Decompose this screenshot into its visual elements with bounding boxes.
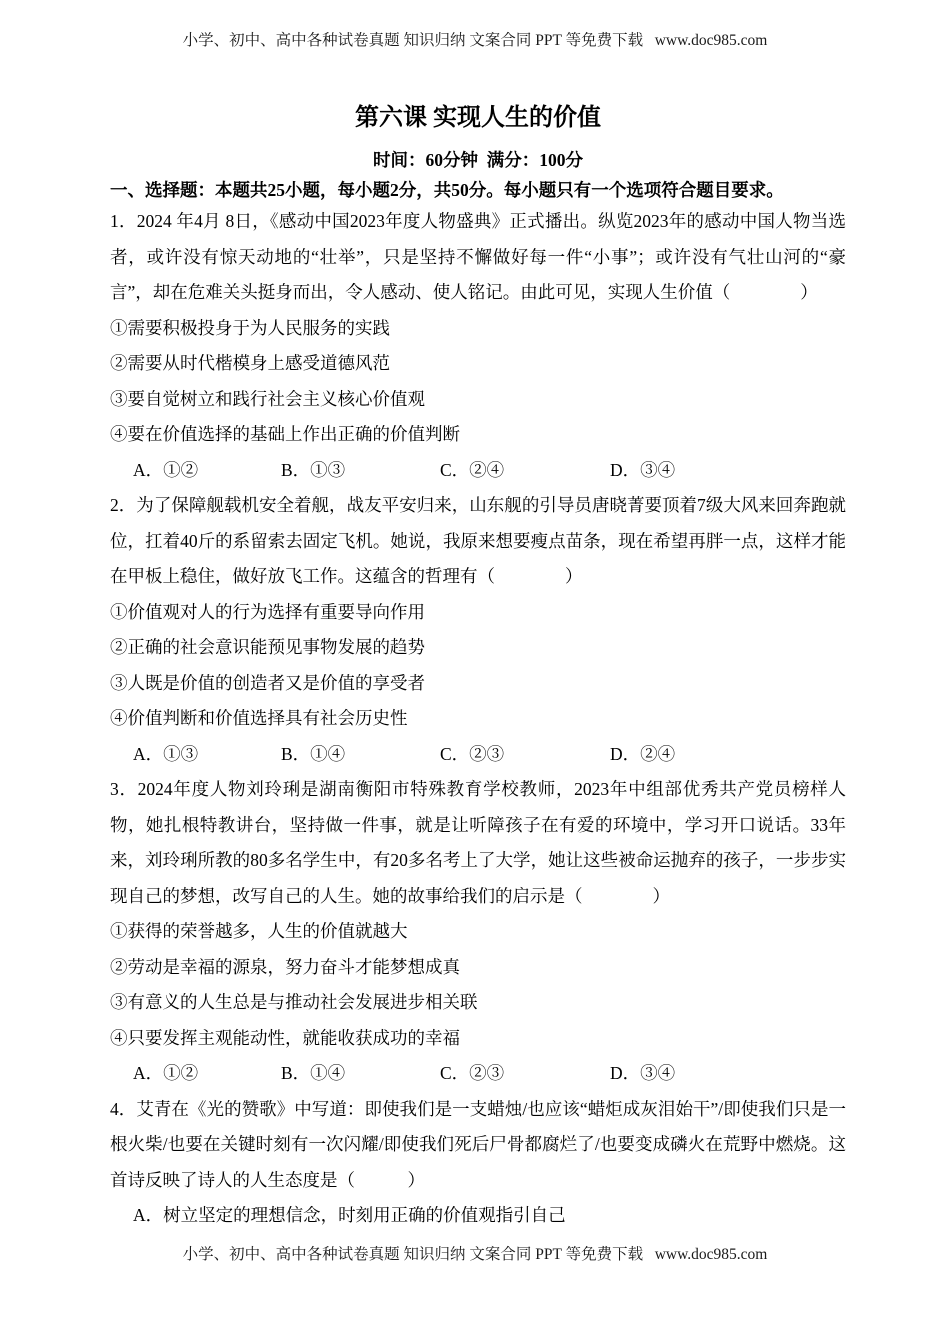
question-stem: 1．2024 年4月 8日，《感动中国2023年度人物盛典》正式播出。纵览202… [110,204,846,311]
question-item: ③要自觉树立和践行社会主义核心价值观 [110,382,846,418]
option-B: B．①④ [281,1056,440,1092]
option-A: A．①② [133,1056,281,1092]
document-content: 第六课 实现人生的价值 时间：60分钟 满分：100分 一、选择题：本题共25小… [110,101,846,1234]
question-item: ④价值判断和价值选择具有社会历史性 [110,701,846,737]
question-stem: 2．为了保障舰载机安全着舰，战友平安归来，山东舰的引导员唐晓菁要顶着7级大风来回… [110,488,846,595]
question-1: 1．2024 年4月 8日，《感动中国2023年度人物盛典》正式播出。纵览202… [110,204,846,488]
question-4: 4．艾青在《光的赞歌》中写道：即使我们是一支蜡烛/也应该“蜡炬成灰泪始干”/即使… [110,1092,846,1234]
option-C: C．②③ [440,1056,610,1092]
option-D: D．②④ [610,737,675,773]
question-item: ①需要积极投身于为人民服务的实践 [110,311,846,347]
question-item: ②劳动是幸福的源泉，努力奋斗才能梦想成真 [110,950,846,986]
question-item: ①获得的荣誉越多，人生的价值就越大 [110,914,846,950]
option-A: A．①② [133,453,281,489]
question-stem: 4．艾青在《光的赞歌》中写道：即使我们是一支蜡烛/也应该“蜡炬成灰泪始干”/即使… [110,1092,846,1199]
question-2: 2．为了保障舰载机安全着舰，战友平安归来，山东舰的引导员唐晓菁要顶着7级大风来回… [110,488,846,772]
page-title: 第六课 实现人生的价值 [110,101,846,135]
page-footer-watermark: 小学、初中、高中各种试卷真题 知识归纳 文案合同 PPT 等免费下载 www.d… [0,1245,950,1265]
option-D: D．③④ [610,453,675,489]
exam-time-score: 时间：60分钟 满分：100分 [110,147,846,173]
option-B: B．①④ [281,737,440,773]
options-row: A．①②B．①④C．②③D．③④ [110,1056,846,1092]
question-item: ③人既是价值的创造者又是价值的享受者 [110,666,846,702]
page-header-watermark: 小学、初中、高中各种试卷真题 知识归纳 文案合同 PPT 等免费下载 www.d… [0,31,950,51]
question-item: ②需要从时代楷模身上感受道德风范 [110,346,846,382]
section-heading: 一、选择题：本题共25小题，每小题2分，共50分。每小题只有一个选项符合题目要求… [110,177,846,204]
question-item: ①价值观对人的行为选择有重要导向作用 [110,595,846,631]
document-page: 小学、初中、高中各种试卷真题 知识归纳 文案合同 PPT 等免费下载 www.d… [0,0,950,1344]
option-A: A．①③ [133,737,281,773]
questions-area: 1．2024 年4月 8日，《感动中国2023年度人物盛典》正式播出。纵览202… [110,204,846,1234]
option-B: B．①③ [281,453,440,489]
question-item: ④要在价值选择的基础上作出正确的价值判断 [110,417,846,453]
options-row: A．①③B．①④C．②③D．②④ [110,737,846,773]
question-item: ④只要发挥主观能动性，就能收获成功的幸福 [110,1021,846,1057]
question-item: ②正确的社会意识能预见事物发展的趋势 [110,630,846,666]
question-3: 3．2024年度人物刘玲琍是湖南衡阳市特殊教育学校教师，2023年中组部优秀共产… [110,772,846,1092]
option-A: A．树立坚定的理想信念，时刻用正确的价值观指引自己 [110,1198,846,1234]
option-D: D．③④ [610,1056,675,1092]
option-C: C．②③ [440,737,610,773]
question-stem: 3．2024年度人物刘玲琍是湖南衡阳市特殊教育学校教师，2023年中组部优秀共产… [110,772,846,914]
options-row: A．①②B．①③C．②④D．③④ [110,453,846,489]
question-item: ③有意义的人生总是与推动社会发展进步相关联 [110,985,846,1021]
option-C: C．②④ [440,453,610,489]
